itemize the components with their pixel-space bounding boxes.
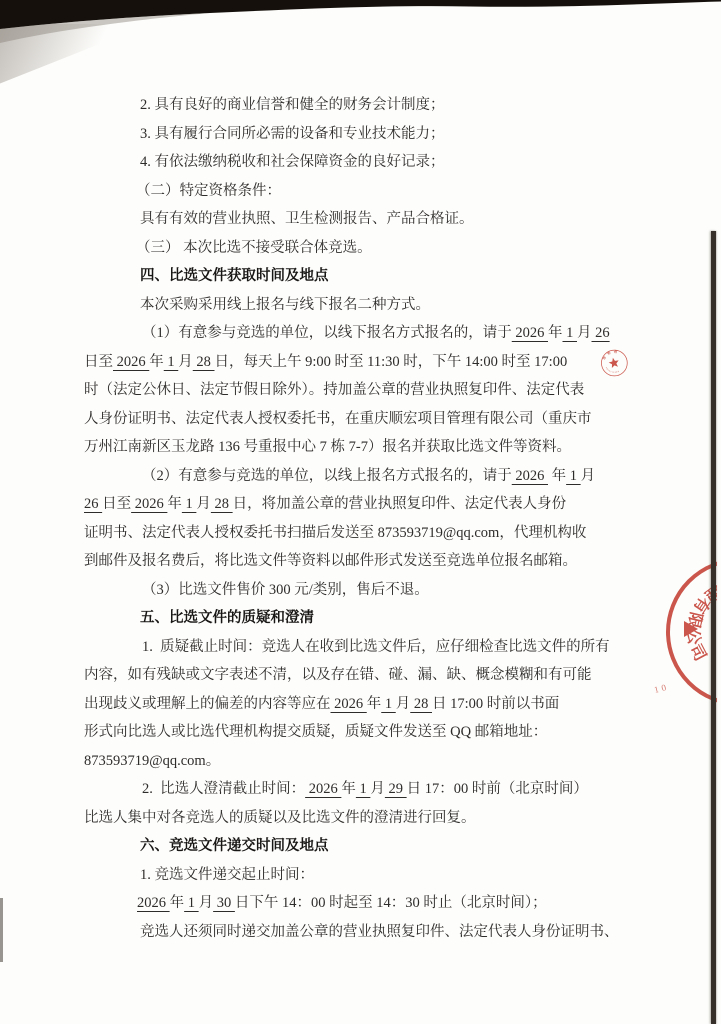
text-segment: 日，每天上午 9:00 时至 11:30 时，下午 14:00 时至 17:00 bbox=[215, 354, 568, 370]
text-segment: （3）比选文件售价 300 元/类别，售后不退。 bbox=[142, 582, 429, 598]
text-segment: 月 bbox=[396, 696, 411, 712]
underlined-value: 2026 bbox=[113, 354, 149, 370]
scan-edge-right bbox=[711, 231, 716, 1024]
text-segment: 内容，如有残缺或文字表述不清，以及存在错、碰、漏、缺、概念模糊和有可能 bbox=[84, 667, 592, 683]
text-segment: 日下午 14：00 时起至 14：30 时止（北京时间）； bbox=[235, 895, 547, 911]
text-line: 1. 质疑截止时间：竞选人在收到比选文件后，应仔细检查比选文件的所有 bbox=[84, 633, 704, 662]
text-line: 873593719@qq.com。 bbox=[84, 747, 704, 776]
underlined-value: 2026 bbox=[137, 895, 170, 911]
text-line: 本次采购采用线上报名与线下报名二种方式。 bbox=[84, 291, 704, 320]
text-segment: 日至 bbox=[102, 496, 131, 512]
text-line: 2. 具有良好的商业信誉和健全的财务会计制度； bbox=[84, 91, 704, 120]
text-segment: 月 bbox=[577, 325, 592, 341]
underlined-value: 26 bbox=[592, 325, 610, 341]
text-segment: 形式向比选人或比选代理机构提交质疑，质疑文件发送至 QQ 邮箱地址： bbox=[84, 724, 547, 740]
text-line: 形式向比选人或比选代理机构提交质疑，质疑文件发送至 QQ 邮箱地址： bbox=[84, 718, 704, 747]
text-segment: 本次采购采用线上报名与线下报名二种方式。 bbox=[140, 297, 430, 313]
text-line: 2. 比选人澄清截止时间： 2026 年 1 月 29 日 17：00 时前（北… bbox=[84, 775, 704, 804]
text-line: （2）有意参与竞选的单位，以线上报名方式报名的，请于 2026 年 1 月 bbox=[84, 462, 704, 491]
text-segment: 月 bbox=[178, 354, 193, 370]
underlined-value: 1 bbox=[566, 468, 581, 484]
text-segment: 月 bbox=[370, 781, 385, 797]
text-segment: 具有有效的营业执照、卫生检测报告、产品合格证。 bbox=[140, 211, 474, 227]
text-segment: 年 bbox=[149, 354, 164, 370]
text-segment: 4. 有依法缴纳税收和社会保障资金的良好记录； bbox=[140, 154, 445, 170]
text-segment: 六、竞选文件递交时间及地点 bbox=[140, 838, 329, 854]
text-segment: （1）有意参与竞选的单位，以线下报名方式报名的，请于 bbox=[142, 325, 512, 341]
text-line: 1. 竞选文件递交起止时间： bbox=[84, 861, 704, 890]
underlined-value: 26 bbox=[84, 496, 102, 512]
text-segment: 1. 质疑截止时间：竞选人在收到比选文件后，应仔细检查比选文件的所有 bbox=[142, 639, 610, 655]
text-line: 出现歧义或理解上的偏差的内容等应在 2026 年 1 月 28 日 17:00 … bbox=[84, 690, 704, 719]
underlined-value: 1 bbox=[164, 354, 179, 370]
text-segment: 年 bbox=[167, 496, 182, 512]
text-line: 比选人集中对各竞选人的质疑以及比选文件的澄清进行回复。 bbox=[84, 804, 704, 833]
scan-edge-left-sliver bbox=[0, 898, 3, 962]
text-line: （二）特定资格条件： bbox=[84, 177, 704, 206]
text-segment: （二）特定资格条件： bbox=[136, 183, 281, 199]
text-segment: 月 bbox=[581, 468, 596, 484]
text-segment: 日 17:00 时前以书面 bbox=[432, 696, 559, 712]
text-segment: 1. 竞选文件递交起止时间： bbox=[140, 867, 314, 883]
scanned-document: { "colors": { "paper": "#fdfdfb", "ink":… bbox=[0, 0, 721, 1024]
text-line: 证明书、法定代表人授权委托书扫描后发送至 873593719@qq.com，代理… bbox=[84, 519, 704, 548]
text-segment: 3. 具有履行合同所必需的设备和专业技术能力； bbox=[140, 126, 445, 142]
underlined-value: 28 bbox=[193, 354, 215, 370]
text-segment: 年 bbox=[341, 781, 356, 797]
text-line: 时（法定公休日、法定节假日除外）。持加盖公章的营业执照复印件、法定代表 bbox=[84, 376, 704, 405]
underlined-value: 30 bbox=[213, 895, 235, 911]
text-segment: 万州江南新区玉龙路 136 号重报中心 7 栋 7-7）报名并获取比选文件等资料… bbox=[84, 439, 571, 455]
text-segment: 人身份证明书、法定代表人授权委托书，在重庆顺宏项目管理有限公司（重庆市 bbox=[84, 411, 592, 427]
text-line: （3）比选文件售价 300 元/类别，售后不退。 bbox=[84, 576, 704, 605]
text-line: 万州江南新区玉龙路 136 号重报中心 7 栋 7-7）报名并获取比选文件等资料… bbox=[84, 433, 704, 462]
text-segment: 时（法定公休日、法定节假日除外）。持加盖公章的营业执照复印件、法定代表 bbox=[84, 382, 584, 398]
text-segment: 日 17：00 时前（北京时间） bbox=[407, 781, 588, 797]
text-line: 4. 有依法缴纳税收和社会保障资金的良好记录； bbox=[84, 148, 704, 177]
text-segment: 日至 bbox=[84, 354, 113, 370]
section-heading: 四、比选文件获取时间及地点 bbox=[84, 262, 704, 291]
text-segment: 四、比选文件获取时间及地点 bbox=[140, 268, 329, 284]
underlined-value: 2026 bbox=[512, 468, 548, 484]
text-segment: 日，将加盖公章的营业执照复印件、法定代表人身份 bbox=[233, 496, 567, 512]
underlined-value: 2026 bbox=[331, 696, 367, 712]
text-line: 具有有效的营业执照、卫生检测报告、产品合格证。 bbox=[84, 205, 704, 234]
underlined-value: 1 bbox=[381, 696, 396, 712]
text-segment: 年 bbox=[170, 895, 185, 911]
text-segment: 五、比选文件的质疑和澄清 bbox=[140, 610, 314, 626]
text-segment: 2. 比选人澄清截止时间： bbox=[142, 781, 305, 797]
scan-shadow-top-left bbox=[0, 24, 150, 94]
text-line: （1）有意参与竞选的单位，以线下报名方式报名的，请于 2026 年 1 月 26 bbox=[84, 319, 704, 348]
text-line: 竞选人还须同时递交加盖公章的营业执照复印件、法定代表人身份证明书、 bbox=[84, 918, 704, 947]
underlined-value: 28 bbox=[410, 696, 432, 712]
text-line: 人身份证明书、法定代表人授权委托书，在重庆顺宏项目管理有限公司（重庆市 bbox=[84, 405, 704, 434]
text-segment: 年 bbox=[548, 325, 563, 341]
text-segment: 比选人集中对各竞选人的质疑以及比选文件的澄清进行回复。 bbox=[84, 810, 476, 826]
underlined-value: 2026 bbox=[131, 496, 167, 512]
section-heading: 五、比选文件的质疑和澄清 bbox=[84, 604, 704, 633]
underlined-value: 29 bbox=[385, 781, 407, 797]
text-segment: 证明书、法定代表人授权委托书扫描后发送至 873593719@qq.com，代理… bbox=[84, 525, 586, 541]
text-line: 到邮件及报名费后，将比选文件等资料以邮件形式发送至竞选单位报名邮箱。 bbox=[84, 547, 704, 576]
text-segment: 873593719@qq.com。 bbox=[84, 753, 220, 769]
text-line: 26 日至 2026 年 1 月 28 日，将加盖公章的营业执照复印件、法定代表… bbox=[84, 490, 704, 519]
text-segment: 到邮件及报名费后，将比选文件等资料以邮件形式发送至竞选单位报名邮箱。 bbox=[84, 553, 577, 569]
text-segment: 竞选人还须同时递交加盖公章的营业执照复印件、法定代表人身份证明书、 bbox=[140, 924, 619, 940]
underlined-value: 2026 bbox=[305, 781, 341, 797]
text-segment: 年 bbox=[548, 468, 566, 484]
text-line: 2026 年 1 月 30 日下午 14：00 时起至 14：30 时止（北京时… bbox=[84, 889, 704, 918]
text-segment: 年 bbox=[367, 696, 382, 712]
text-segment: 出现歧义或理解上的偏差的内容等应在 bbox=[84, 696, 331, 712]
text-segment: 月 bbox=[196, 496, 211, 512]
underlined-value: 1 bbox=[184, 895, 199, 911]
underlined-value: 1 bbox=[182, 496, 197, 512]
underlined-value: 28 bbox=[211, 496, 233, 512]
text-line: （三） 本次比选不接受联合体竞选。 bbox=[84, 234, 704, 263]
text-line: 日至 2026 年 1 月 28 日，每天上午 9:00 时至 11:30 时，… bbox=[84, 348, 704, 377]
text-segment: （2）有意参与竞选的单位，以线上报名方式报名的，请于 bbox=[142, 468, 512, 484]
text-segment: 月 bbox=[199, 895, 214, 911]
underlined-value: 2026 bbox=[512, 325, 548, 341]
text-line: 内容，如有残缺或文字表述不清，以及存在错、碰、漏、缺、概念模糊和有可能 bbox=[84, 661, 704, 690]
text-segment: 2. 具有良好的商业信誉和健全的财务会计制度； bbox=[140, 97, 445, 113]
text-line: 3. 具有履行合同所必需的设备和专业技术能力； bbox=[84, 120, 704, 149]
underlined-value: 1 bbox=[563, 325, 578, 341]
underlined-value: 1 bbox=[356, 781, 371, 797]
section-heading: 六、竞选文件递交时间及地点 bbox=[84, 832, 704, 861]
document-body: 2. 具有良好的商业信誉和健全的财务会计制度；3. 具有履行合同所必需的设备和专… bbox=[84, 91, 704, 946]
text-segment: （三） 本次比选不接受联合体竞选。 bbox=[136, 240, 372, 256]
